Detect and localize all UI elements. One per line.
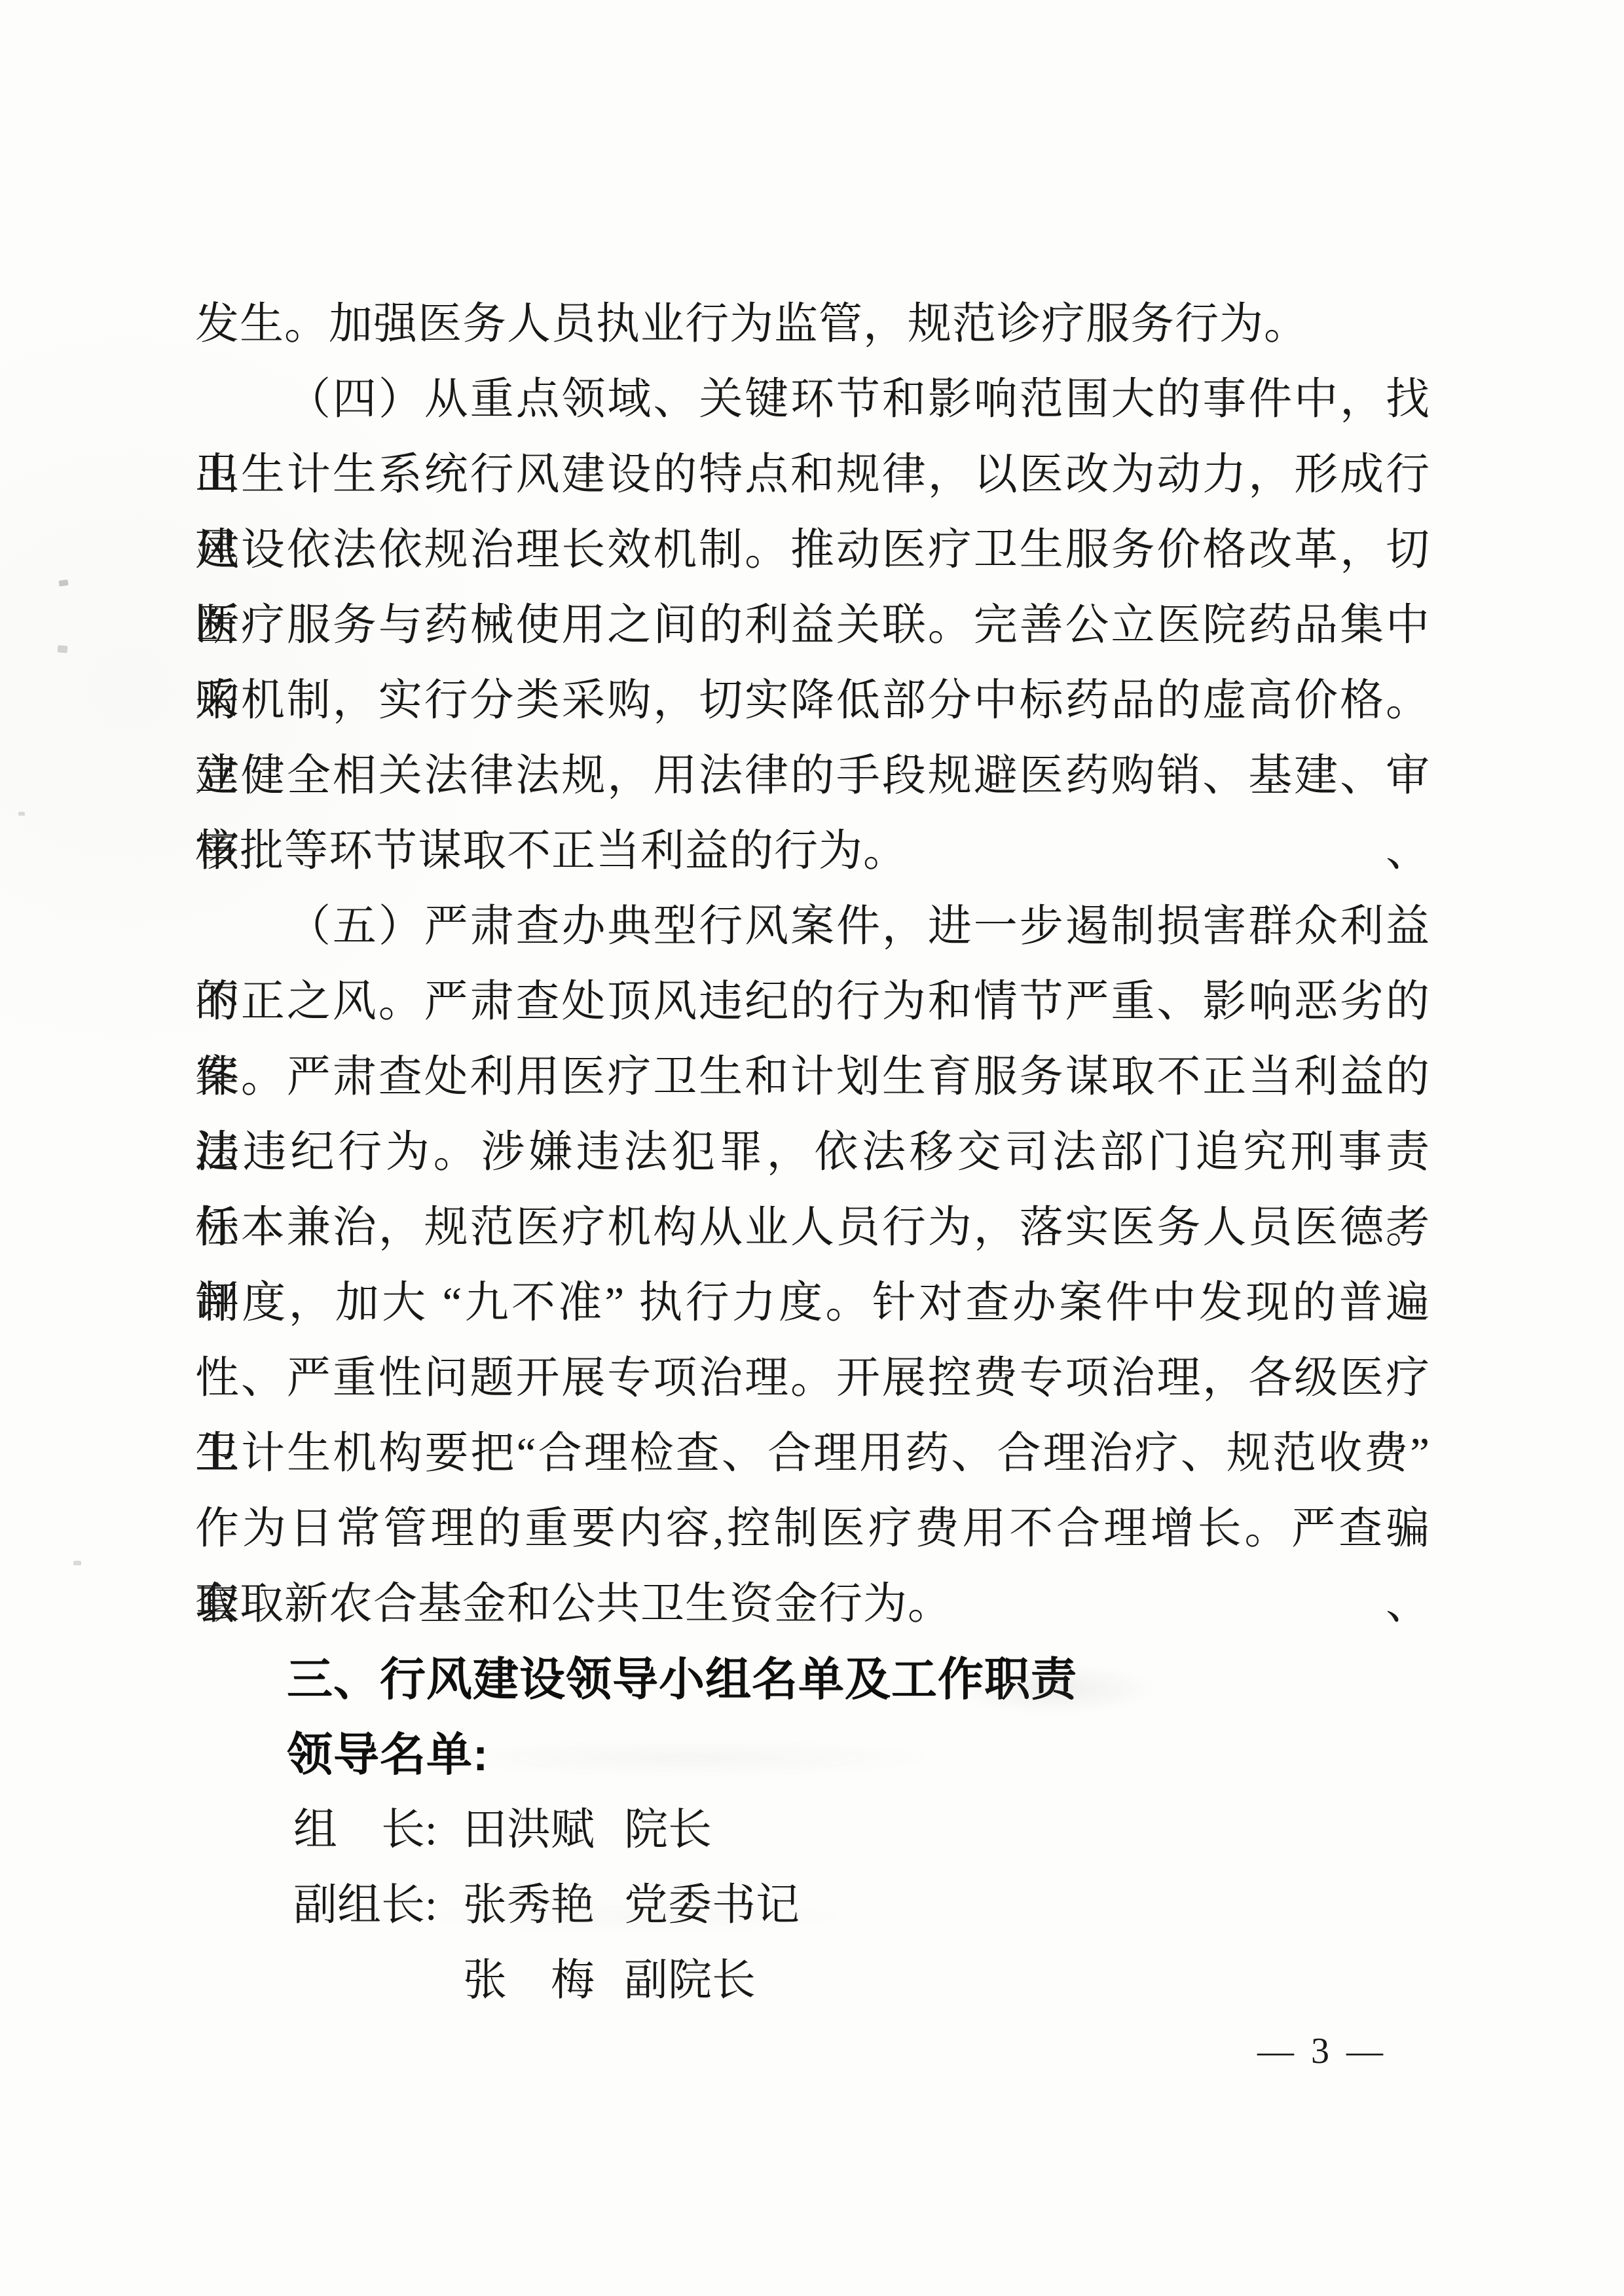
scanned-page: 发生。加强医务人员执业行为监管，规范诊疗服务行为。 （四）从重点领域、关键环节和… xyxy=(0,0,1624,2296)
document-line: 购机制，实行分类采购，切实降低部分中标药品的虚高价格。建 xyxy=(195,663,1430,738)
leader-name: 田洪赋 xyxy=(463,1793,595,1868)
document-line: 性、严重性问题开展专项治理。开展控费专项治理，各级医疗卫 xyxy=(195,1341,1430,1416)
document-line: 标本兼治，规范医疗机构从业人员行为，落实医务人员医德考评 xyxy=(195,1190,1430,1266)
document-line: 法违纪行为。涉嫌违法犯罪，依法移交司法部门追究刑事责任。 xyxy=(195,1115,1430,1190)
scan-speck xyxy=(73,1561,81,1565)
document-line: 医疗服务与药械使用之间的利益关联。完善公立医院药品集中采 xyxy=(195,588,1430,663)
document-line: （四）从重点领域、关键环节和影响范围大的事件中，找出 xyxy=(195,362,1430,437)
document-line: 立健全相关法律法规，用法律的手段规避医药购销、基建、审核、 xyxy=(195,738,1430,814)
leader-role: 组长 xyxy=(293,1793,425,1868)
document-line: 不正之风。严肃查处顶风违纪的行为和情节严重、影响恶劣的案 xyxy=(195,964,1430,1040)
leader-title: 院长 xyxy=(624,1793,712,1868)
document-line: 建设依法依规治理长效机制。推动医疗卫生服务价格改革，切断 xyxy=(195,513,1430,588)
leader-row: 张梅 副院长 xyxy=(195,1943,1430,2018)
document-line: 卫生计生系统行风建设的特点和规律，以医改为动力，形成行风 xyxy=(195,437,1430,513)
scan-speck xyxy=(58,645,68,653)
document-line: 制度，加大 “九不准” 执行力度。针对查办案件中发现的普遍 xyxy=(195,1266,1430,1341)
leader-row: 组长 : 田洪赋 院长 xyxy=(195,1793,1430,1868)
leader-role: 副组长 xyxy=(293,1868,425,1943)
leader-name: 张梅 xyxy=(463,1943,595,2018)
scan-smudge xyxy=(406,1899,864,1935)
section-heading: 三、行风建设领导小组名单及工作职责 xyxy=(195,1642,1430,1717)
scan-speck xyxy=(18,812,25,816)
scan-smudge xyxy=(950,1663,1159,1715)
document-line: （五）严肃查办典型行风案件，进一步遏制损害群众利益的 xyxy=(195,889,1430,964)
scan-speck xyxy=(58,579,68,587)
document-line: 作为日常管理的重要内容,控制医疗费用不合理增长。严查骗取、 xyxy=(195,1491,1430,1567)
document-line: 发生。加强医务人员执业行为监管，规范诊疗服务行为。 xyxy=(195,287,1430,362)
leader-title: 副院长 xyxy=(624,1943,756,2018)
document-line: 生计生机构要把“合理检查、合理用药、合理治疗、规范收费” xyxy=(195,1416,1430,1491)
page-number: — 3 — xyxy=(1257,2028,1428,2074)
leader-role-colon: : xyxy=(425,1793,463,1868)
scan-smudge xyxy=(426,1738,950,1777)
document-line: 件。严肃查处利用医疗卫生和计划生育服务谋取不正当利益的违 xyxy=(195,1040,1430,1115)
